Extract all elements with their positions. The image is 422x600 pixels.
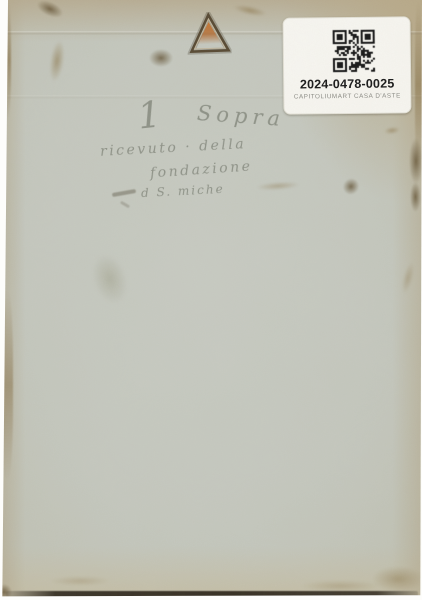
- stain: [256, 180, 300, 191]
- stain: [384, 126, 401, 135]
- stain: [1, 290, 13, 480]
- stain: [410, 182, 421, 212]
- lot-number: 2024-0478-0025: [300, 77, 395, 92]
- handwriting-line-2: ricevuto · della: [100, 136, 247, 160]
- auction-house-name: CAPITOLIUMART CASA D'ASTE: [294, 92, 401, 100]
- stain: [34, 0, 65, 21]
- cardboard-backing: 1 Sopra ricevuto · della fondazione d S.…: [0, 0, 422, 600]
- stain: [409, 138, 422, 184]
- artwork-back-photo: 1 Sopra ricevuto · della fondazione d S.…: [0, 0, 422, 600]
- stain: [339, 175, 362, 198]
- stain: [232, 3, 267, 19]
- qr-code-icon: [330, 27, 379, 76]
- board-bottom-shadow: [6, 591, 418, 597]
- auction-label: 2024-0478-0025 CAPITOLIUMART CASA D'ASTE: [282, 16, 411, 114]
- handwriting-line-3: fondazione: [150, 158, 253, 181]
- stain: [399, 261, 416, 294]
- stain: [2, 0, 11, 120]
- pencil-dash: [112, 189, 136, 197]
- stain: [50, 576, 110, 586]
- stain: [47, 39, 67, 83]
- stain: [149, 49, 173, 67]
- stain: [415, 0, 422, 170]
- stain: [86, 249, 134, 309]
- handwriting-numeral: 1: [136, 95, 163, 138]
- handwriting-line-1: Sopra: [196, 101, 285, 131]
- stain: [372, 566, 422, 592]
- handwriting-line-4: d S. miche: [141, 182, 225, 200]
- triangle-hanging-ring-icon: [186, 11, 232, 58]
- pencil-dash: [120, 201, 130, 209]
